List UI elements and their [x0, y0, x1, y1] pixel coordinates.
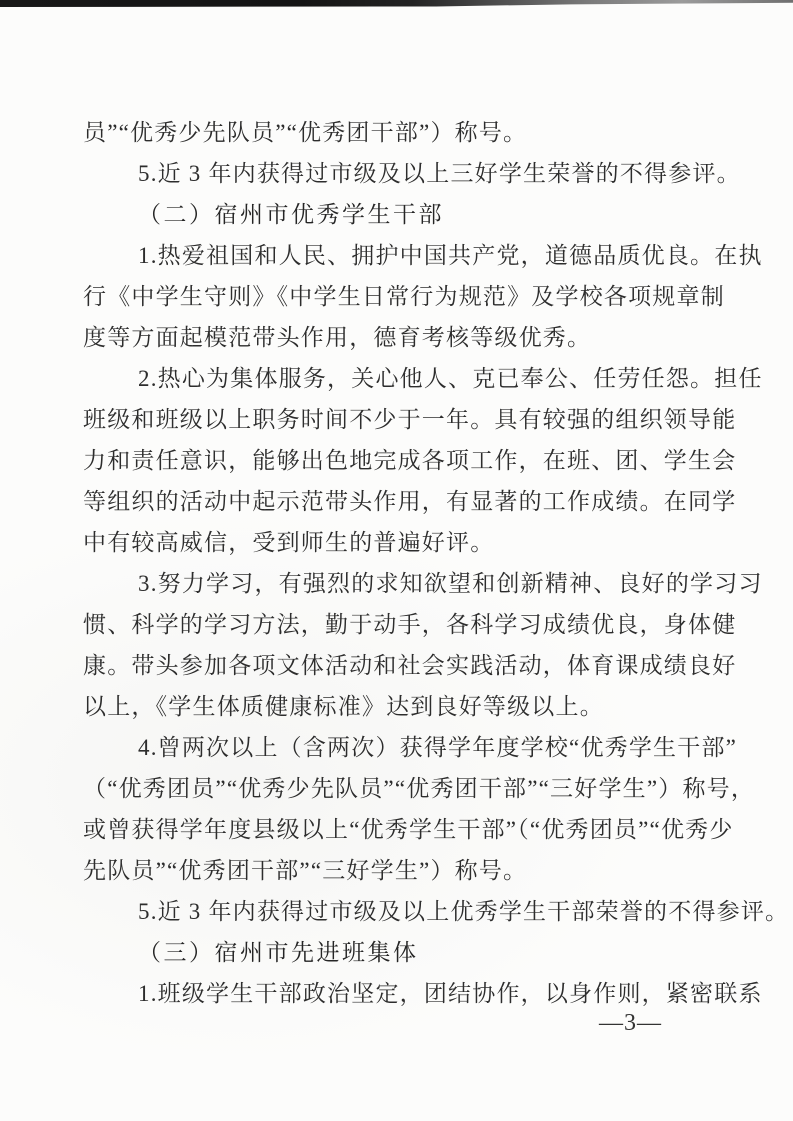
section-heading: （二）宿州市优秀学生干部 [83, 194, 715, 235]
page-number: —3— [599, 1008, 662, 1038]
paragraph-line: 惯、科学的学习方法，勤于动手，各科学习成绩优良，身体健 [83, 604, 715, 645]
list-item-line: 5.近 3 年内获得过市级及以上优秀学生干部荣誉的不得参评。 [83, 891, 715, 932]
paragraph-line: 班级和班级以上职务时间不少于一年。具有较强的组织领导能 [83, 399, 715, 440]
paragraph-line: 中有较高威信，受到师生的普遍好评。 [83, 522, 715, 563]
scanned-document-page: 员”“优秀少先队员”“优秀团干部”）称号。 5.近 3 年内获得过市级及以上三好… [0, 0, 793, 1121]
list-item-line: 5.近 3 年内获得过市级及以上三好学生荣誉的不得参评。 [83, 153, 715, 194]
paragraph-continuation-line: 员”“优秀少先队员”“优秀团干部”）称号。 [83, 112, 715, 153]
scan-edge-artifact [0, 0, 793, 7]
paragraph-line: 力和责任意识，能够出色地完成各项工作，在班、团、学生会 [83, 440, 715, 481]
paragraph-line: 以上，《学生体质健康标准》达到良好等级以上。 [83, 686, 715, 727]
paragraph-line: 先队员”“优秀团干部”“三好学生”）称号。 [83, 850, 715, 891]
paragraph-line: 康。带头参加各项文体活动和社会实践活动，体育课成绩良好 [83, 645, 715, 686]
document-body: 员”“优秀少先队员”“优秀团干部”）称号。 5.近 3 年内获得过市级及以上三好… [83, 112, 715, 1014]
list-item-line: 3.努力学习，有强烈的求知欲望和创新精神、良好的学习习 [83, 563, 715, 604]
list-item-line: 1.热爱祖国和人民、拥护中国共产党，道德品质优良。在执 [83, 235, 715, 276]
paragraph-line: 行《中学生守则》《中学生日常行为规范》及学校各项规章制 [83, 276, 715, 317]
paragraph-line: 或曾获得学年度县级以上“优秀学生干部”（“优秀团员”“优秀少 [83, 809, 715, 850]
paragraph-line: 度等方面起模范带头作用，德育考核等级优秀。 [83, 317, 715, 358]
paragraph-line: 等组织的活动中起示范带头作用，有显著的工作成绩。在同学 [83, 481, 715, 522]
list-item-line: 2.热心为集体服务，关心他人、克已奉公、任劳任怨。担任 [83, 358, 715, 399]
paragraph-line: （“优秀团员”“优秀少先队员”“优秀团干部”“三好学生”）称号， [83, 768, 715, 809]
section-heading: （三）宿州市先进班集体 [83, 932, 715, 973]
list-item-line: 4.曾两次以上（含两次）获得学年度学校“优秀学生干部” [83, 727, 715, 768]
